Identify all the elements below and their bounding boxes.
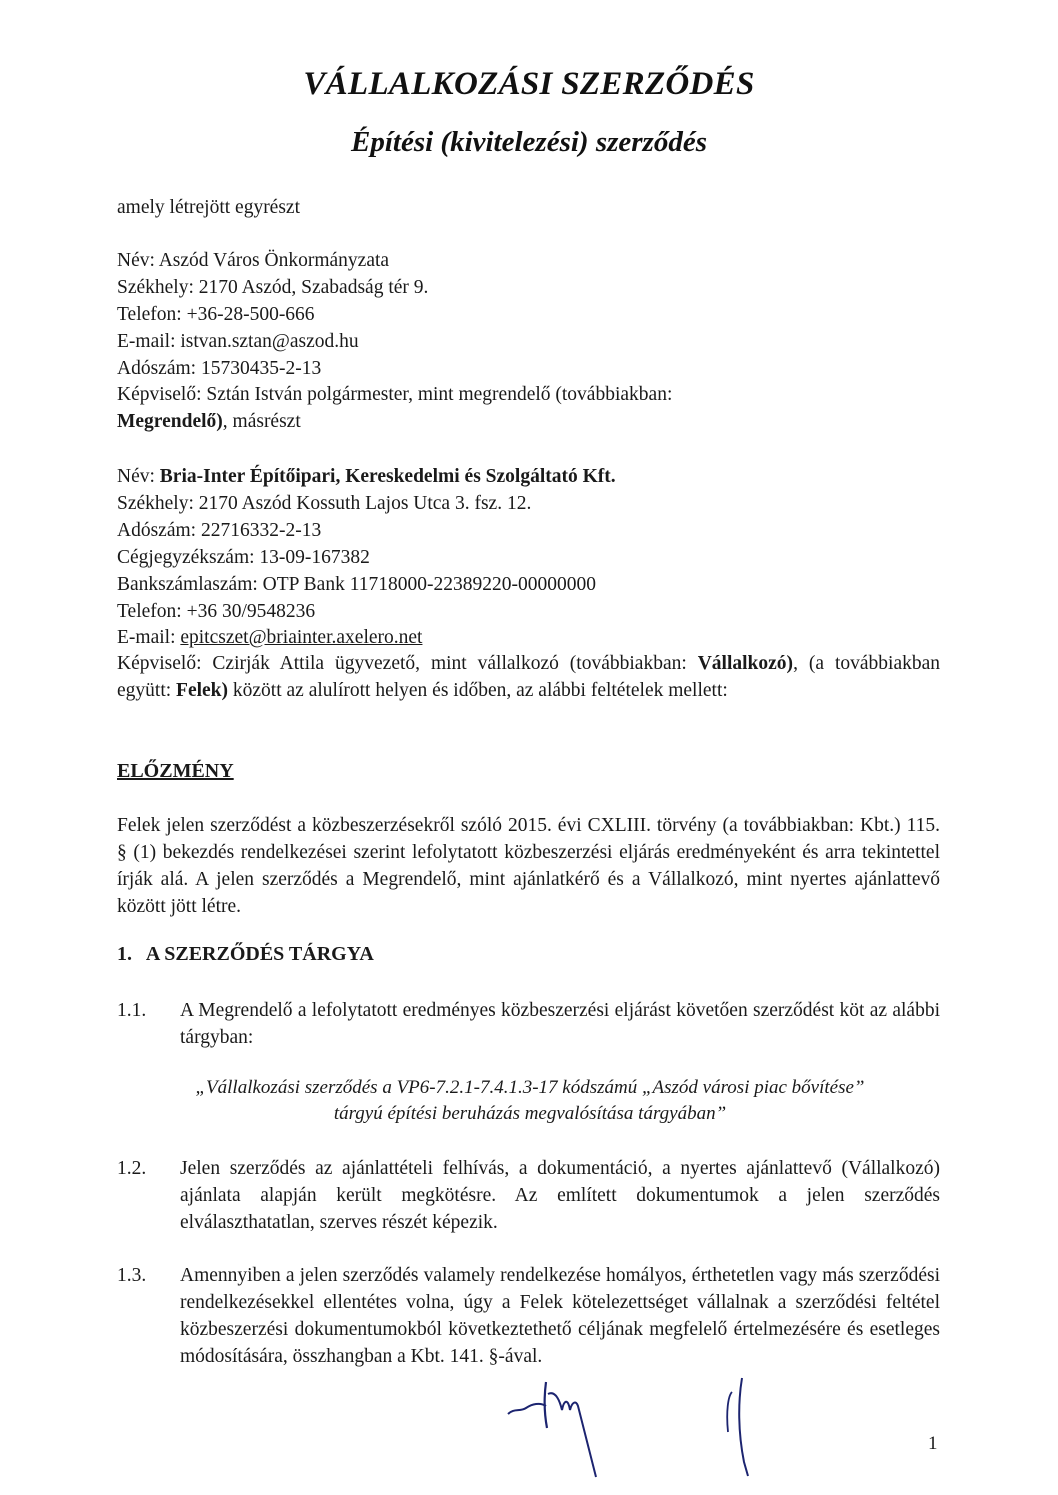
contractor-email-line: E-mail: epitcszet@briainter.axelero.net [117,626,422,650]
preamble-text: Felek jelen szerződést a közbeszerzésekr… [117,812,940,920]
page-number: 1 [928,1433,938,1455]
contractor-reg-line: Cégjegyzékszám: 13-09-167382 [117,546,370,570]
document-subtitle: Építési (kivitelezési) szerződés [0,126,1058,159]
clause-number: 1.3. [117,1262,177,1289]
contractor-seat: 2170 Aszód Kossuth Lajos Utca 3. fsz. 12… [199,493,532,514]
clause-number: 1.2. [117,1155,177,1182]
contractor-reg: 13-09-167382 [259,547,370,568]
document-page: VÁLLALKOZÁSI SZERZŐDÉS Építési (kivitele… [0,0,1058,1495]
contractor-rep-paragraph: Képviselő: Czirják Attila ügyvezető, min… [117,650,940,704]
client-tax: 15730435-2-13 [201,358,321,379]
clause-text: Amennyiben a jelen szerződés valamely re… [180,1262,940,1370]
contractor-seat-line: Székhely: 2170 Aszód Kossuth Lajos Utca … [117,492,531,516]
client-phone: +36-28-500-666 [187,304,315,325]
contractor-name-line: Név: Bria-Inter Építőipari, Kereskedelmi… [117,465,616,489]
contractor-name: Bria-Inter Építőipari, Kereskedelmi és S… [160,466,616,487]
client-rep-line: Képviselő: Sztán István polgármester, mi… [117,383,672,407]
clause-1-2: 1.2. Jelen szerződés az ajánlattételi fe… [117,1155,940,1236]
clause-1-3: 1.3. Amennyiben a jelen szerződés valame… [117,1262,940,1370]
clause-text: A Megrendelő a lefolytatott eredményes k… [180,997,940,1051]
document-title: VÁLLALKOZÁSI SZERZŐDÉS [0,66,1058,103]
contractor-phone-line: Telefon: +36 30/9548236 [117,600,315,624]
client-name-line: Név: Aszód Város Önkormányzata [117,249,389,273]
contractor-phone: +36 30/9548236 [187,601,316,622]
client-seat-line: Székhely: 2170 Aszód, Szabadság tér 9. [117,276,428,300]
subject-quote-line-1: „Vállalkozási szerződés a VP6-7.2.1-7.4.… [180,1075,880,1101]
clause-text: Jelen szerződés az ajánlattételi felhívá… [180,1155,940,1236]
client-phone-line: Telefon: +36-28-500-666 [117,303,315,327]
client-name: Aszód Város Önkormányzata [159,250,389,271]
client-email-line: E-mail: istvan.sztan@aszod.hu [117,330,359,354]
contractor-tax-line: Adószám: 22716332-2-13 [117,519,321,543]
contractor-tax: 22716332-2-13 [201,520,321,541]
client-email: istvan.sztan@aszod.hu [180,331,358,352]
contractor-email-link[interactable]: epitcszet@briainter.axelero.net [180,627,422,648]
section-1-heading: 1. A SZERZŐDÉS TÁRGYA [117,943,374,966]
clause-1-1: 1.1. A Megrendelő a lefolytatott eredmén… [117,997,940,1051]
signature-client-icon [500,1372,610,1487]
client-seat: 2170 Aszód, Szabadság tér 9. [199,277,429,298]
contractor-bank-line: Bankszámlaszám: OTP Bank 11718000-223892… [117,573,596,597]
intro-text: amely létrejött egyrészt [117,196,300,220]
signature-contractor-icon [718,1372,768,1487]
contractor-bank: OTP Bank 11718000-22389220-00000000 [263,574,596,595]
client-tax-line: Adószám: 15730435-2-13 [117,357,321,381]
clause-number: 1.1. [117,997,177,1024]
client-rep-line-2: Megrendelő), másrészt [117,410,301,434]
subject-quote-line-2: tárgyú építési beruházás megvalósítása t… [180,1101,880,1127]
preamble-heading: ELŐZMÉNY [117,760,234,783]
